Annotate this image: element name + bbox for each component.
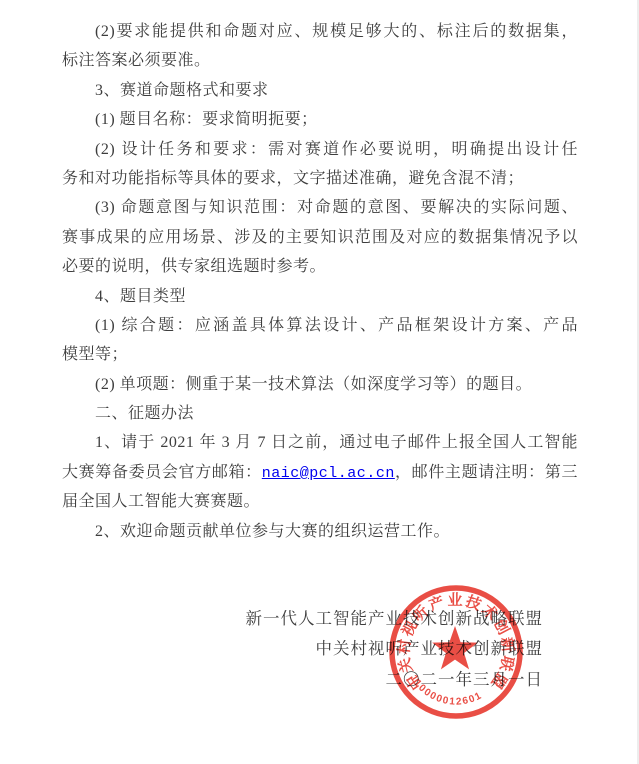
- document-line: 赛事成果的应用场景、涉及的主要知识范围及对应的数据集情况予以: [62, 223, 578, 252]
- document-line: 模型等；: [62, 340, 578, 369]
- document-line: (2) 设计任务和要求：需对赛道作必要说明，明确提出设计任: [62, 135, 578, 164]
- section-heading-topic-types: 4、题目类型: [62, 282, 578, 311]
- document-body: (2)要求能提供和命题对应、规模足够大的、标注后的数据集， 标注答案必须要准。 …: [62, 17, 578, 546]
- document-line: 务和对功能指标等具体的要求，文字描述准确，避免含混不清；: [62, 164, 578, 193]
- section-heading-solicitation-method: 二、征题办法: [62, 399, 578, 428]
- email-line-suffix: ，邮件主题请注明：第三: [395, 464, 578, 481]
- document-line: 届全国人工智能大赛赛题。: [62, 487, 578, 516]
- document-line: 标注答案必须要准。: [62, 46, 578, 75]
- document-line: (3) 命题意图与知识范围：对命题的意图、要解决的实际问题、: [62, 193, 578, 222]
- signature-date: 二〇二一年三月一日: [246, 665, 544, 695]
- document-line: 2、欢迎命题贡献单位参与大赛的组织运营工作。: [62, 517, 578, 546]
- document-line: (2) 单项题：侧重于某一技术算法（如深度学习等）的题目。: [62, 370, 578, 399]
- document-line: (1) 综合题：应涵盖具体算法设计、产品框架设计方案、产品: [62, 311, 578, 340]
- document-line-with-email: 大赛筹备委员会官方邮箱：naic@pcl.ac.cn，邮件主题请注明：第三: [62, 458, 578, 487]
- document-line: (2)要求能提供和命题对应、规模足够大的、标注后的数据集，: [62, 17, 578, 46]
- signature-org-2: 中关村视听产业技术创新联盟: [246, 634, 544, 664]
- section-heading-track-format: 3、赛道命题格式和要求: [62, 76, 578, 105]
- document-line: 1、请于 2021 年 3 月 7 日之前，通过电子邮件上报全国人工智能: [62, 428, 578, 457]
- document-line: 必要的说明，供专家组选题时参考。: [62, 252, 578, 281]
- document-line: (1) 题目名称：要求简明扼要；: [62, 105, 578, 134]
- email-line-prefix: 大赛筹备委员会官方邮箱：: [62, 464, 262, 481]
- signature-org-1: 新一代人工智能产业技术创新战略联盟: [246, 604, 544, 634]
- email-link[interactable]: naic@pcl.ac.cn: [262, 465, 395, 482]
- signature-block: 新一代人工智能产业技术创新战略联盟 中关村视听产业技术创新联盟 二〇二一年三月一…: [246, 604, 544, 695]
